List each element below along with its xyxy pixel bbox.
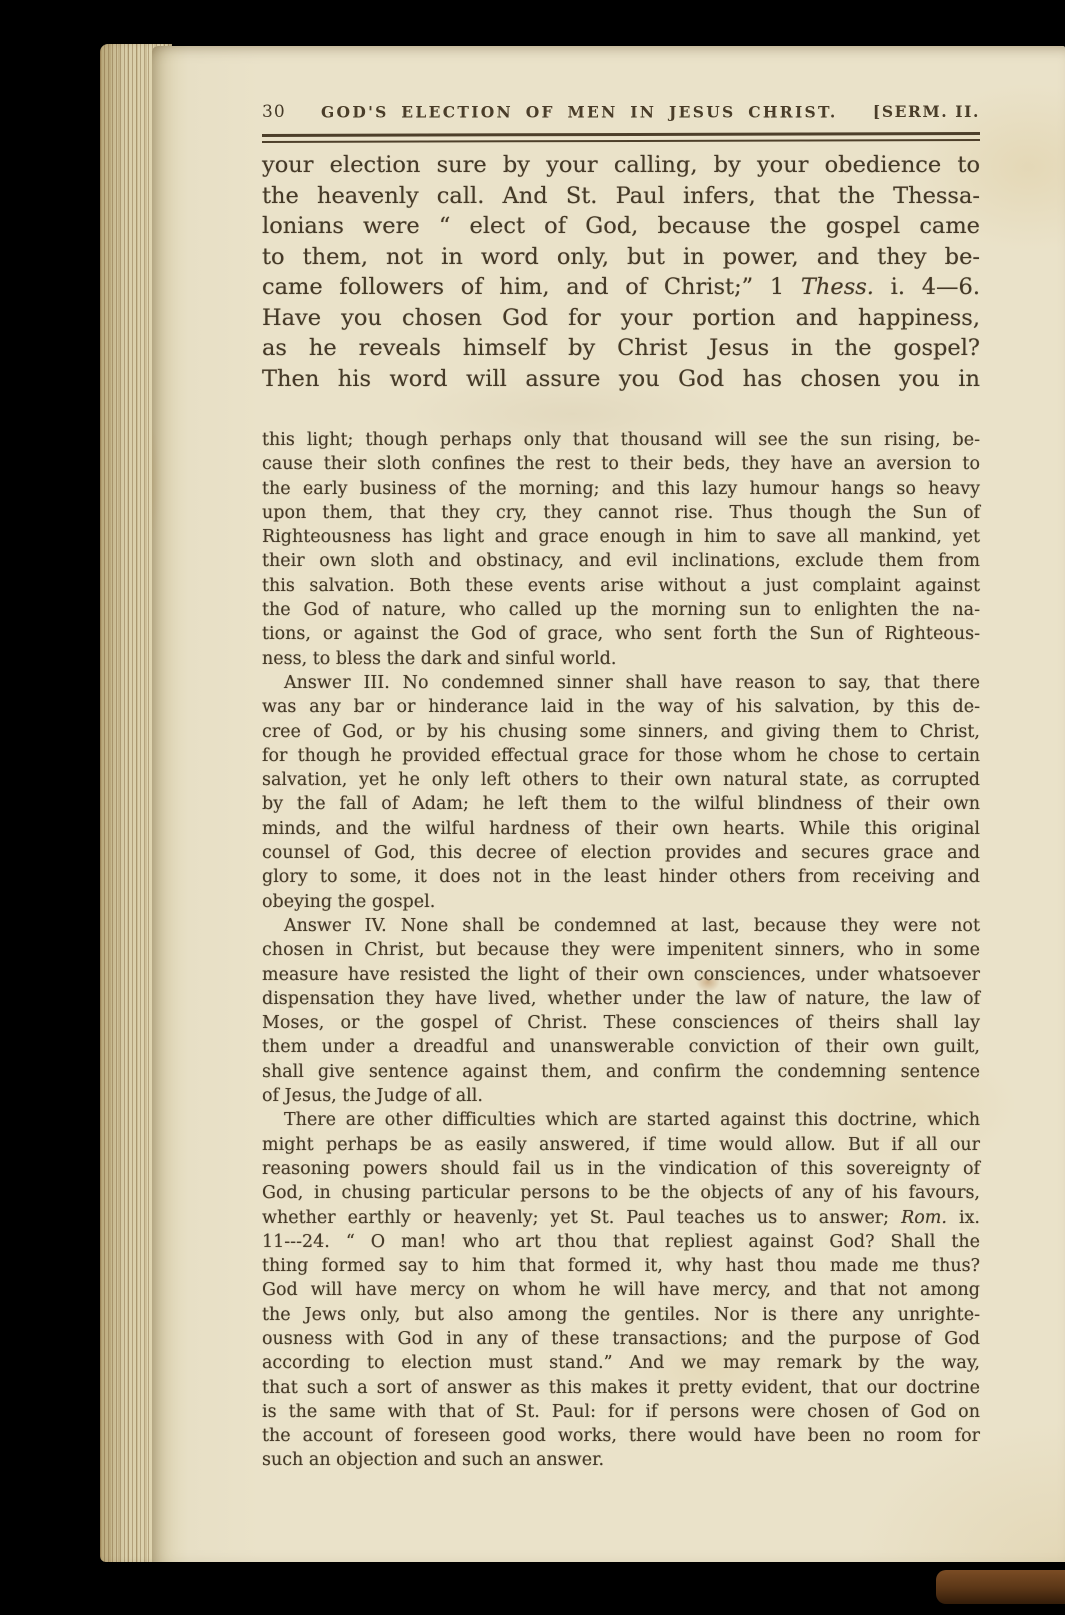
text-line: whether earthly or heavenly; yet St. Pau… — [262, 1206, 980, 1230]
text-line: this salvation. Both these events arise … — [262, 574, 980, 598]
paragraph: your election sure by your calling, by y… — [262, 150, 980, 394]
text-line: might perhaps be as easily answered, if … — [262, 1133, 980, 1157]
text-line: according to election must stand.” And w… — [262, 1351, 980, 1375]
text-line: was any bar or hinderance laid in the wa… — [262, 695, 980, 719]
text-line: Then his word will assure you God has ch… — [262, 364, 980, 395]
running-header: 30 GOD'S ELECTION OF MEN IN JESUS CHRIST… — [262, 102, 980, 128]
text-line: thing formed say to him that formed it, … — [262, 1254, 980, 1278]
text-line: glory to some, it does not in the least … — [262, 865, 980, 889]
text-line: minds, and the wilful hardness of their … — [262, 817, 980, 841]
text-line: God, in chusing particular persons to be… — [262, 1181, 980, 1205]
text-line: such an objection and such an answer. — [262, 1448, 980, 1472]
text-line: for though he provided effectual grace f… — [262, 744, 980, 768]
text-line: measure have resisted the light of their… — [262, 963, 980, 987]
text-line: them under a dreadful and unanswerable c… — [262, 1035, 980, 1059]
section-label: [SERM. II. — [873, 102, 980, 121]
text-line: to them, not in word only, but in power,… — [262, 242, 980, 273]
text-line: salvation, yet he only left others to th… — [262, 768, 980, 792]
text-line: that such a sort of answer as this makes… — [262, 1376, 980, 1400]
text-line: as he reveals himself by Christ Jesus in… — [262, 333, 980, 364]
double-rule-divider — [262, 132, 980, 143]
main-text-block: your election sure by your calling, by y… — [262, 150, 980, 394]
text-line: this light; though perhaps only that tho… — [262, 428, 980, 452]
text-line: counsel of God, this decree of election … — [262, 841, 980, 865]
text-line: the Jews only, but also among the gentil… — [262, 1303, 980, 1327]
text-line: cree of God, or by his chusing some sinn… — [262, 720, 980, 744]
text-line: Answer III. No condemned sinner shall ha… — [262, 671, 980, 695]
text-line: shall give sentence against them, and co… — [262, 1060, 980, 1084]
text-line: Moses, or the gospel of Christ. These co… — [262, 1011, 980, 1035]
text-line: reasoning powers should fail us in the v… — [262, 1157, 980, 1181]
running-title: GOD'S ELECTION OF MEN IN JESUS CHRIST. — [321, 102, 838, 122]
paragraph: Answer III. No condemned sinner shall ha… — [262, 671, 980, 914]
book-page: 30 GOD'S ELECTION OF MEN IN JESUS CHRIST… — [152, 46, 1065, 1562]
leather-bottom-edge — [936, 1570, 1065, 1604]
text-line: Have you chosen God for your portion and… — [262, 303, 980, 334]
text-line: upon them, that they cry, they cannot ri… — [262, 501, 980, 525]
paragraph: There are other difficulties which are s… — [262, 1108, 980, 1472]
text-line: is the same with that of St. Paul: for i… — [262, 1400, 980, 1424]
text-line: chosen in Christ, but because they were … — [262, 938, 980, 962]
text-line: the early business of the morning; and t… — [262, 477, 980, 501]
text-line: your election sure by your calling, by y… — [262, 150, 980, 181]
photo-background: 30 GOD'S ELECTION OF MEN IN JESUS CHRIST… — [0, 0, 1065, 1615]
text-line: obeying the gospel. — [262, 890, 980, 914]
text-line: the account of foreseen good works, ther… — [262, 1424, 980, 1448]
text-line: lonians were “ elect of God, because the… — [262, 211, 980, 242]
text-line: their own sloth and obstinacy, and evil … — [262, 549, 980, 573]
page-number: 30 — [262, 102, 286, 122]
text-line: of Jesus, the Judge of all. — [262, 1084, 980, 1108]
text-line: Righteousness has light and grace enough… — [262, 525, 980, 549]
text-line: God will have mercy on whom he will have… — [262, 1278, 980, 1302]
paragraph: Answer IV. None shall be condemned at la… — [262, 914, 980, 1108]
paragraph: this light; though perhaps only that tho… — [262, 428, 980, 671]
footnote-block: this light; though perhaps only that tho… — [262, 428, 980, 1473]
text-line: dispensation they have lived, whether un… — [262, 987, 980, 1011]
text-line: the heavenly call. And St. Paul infers, … — [262, 181, 980, 212]
text-line: by the fall of Adam; he left them to the… — [262, 792, 980, 816]
text-line: came followers of him, and of Christ;” 1… — [262, 272, 980, 303]
text-line: There are other difficulties which are s… — [262, 1108, 980, 1132]
text-line: ousness with God in any of these transac… — [262, 1327, 980, 1351]
text-line: ness, to bless the dark and sinful world… — [262, 647, 980, 671]
text-column: 30 GOD'S ELECTION OF MEN IN JESUS CHRIST… — [262, 102, 980, 1473]
text-line: cause their sloth confines the rest to t… — [262, 452, 980, 476]
text-line: 11---24. “ O man! who art thou that repl… — [262, 1230, 980, 1254]
text-line: Answer IV. None shall be condemned at la… — [262, 914, 980, 938]
text-line: tions, or against the God of grace, who … — [262, 622, 980, 646]
text-line: the God of nature, who called up the mor… — [262, 598, 980, 622]
